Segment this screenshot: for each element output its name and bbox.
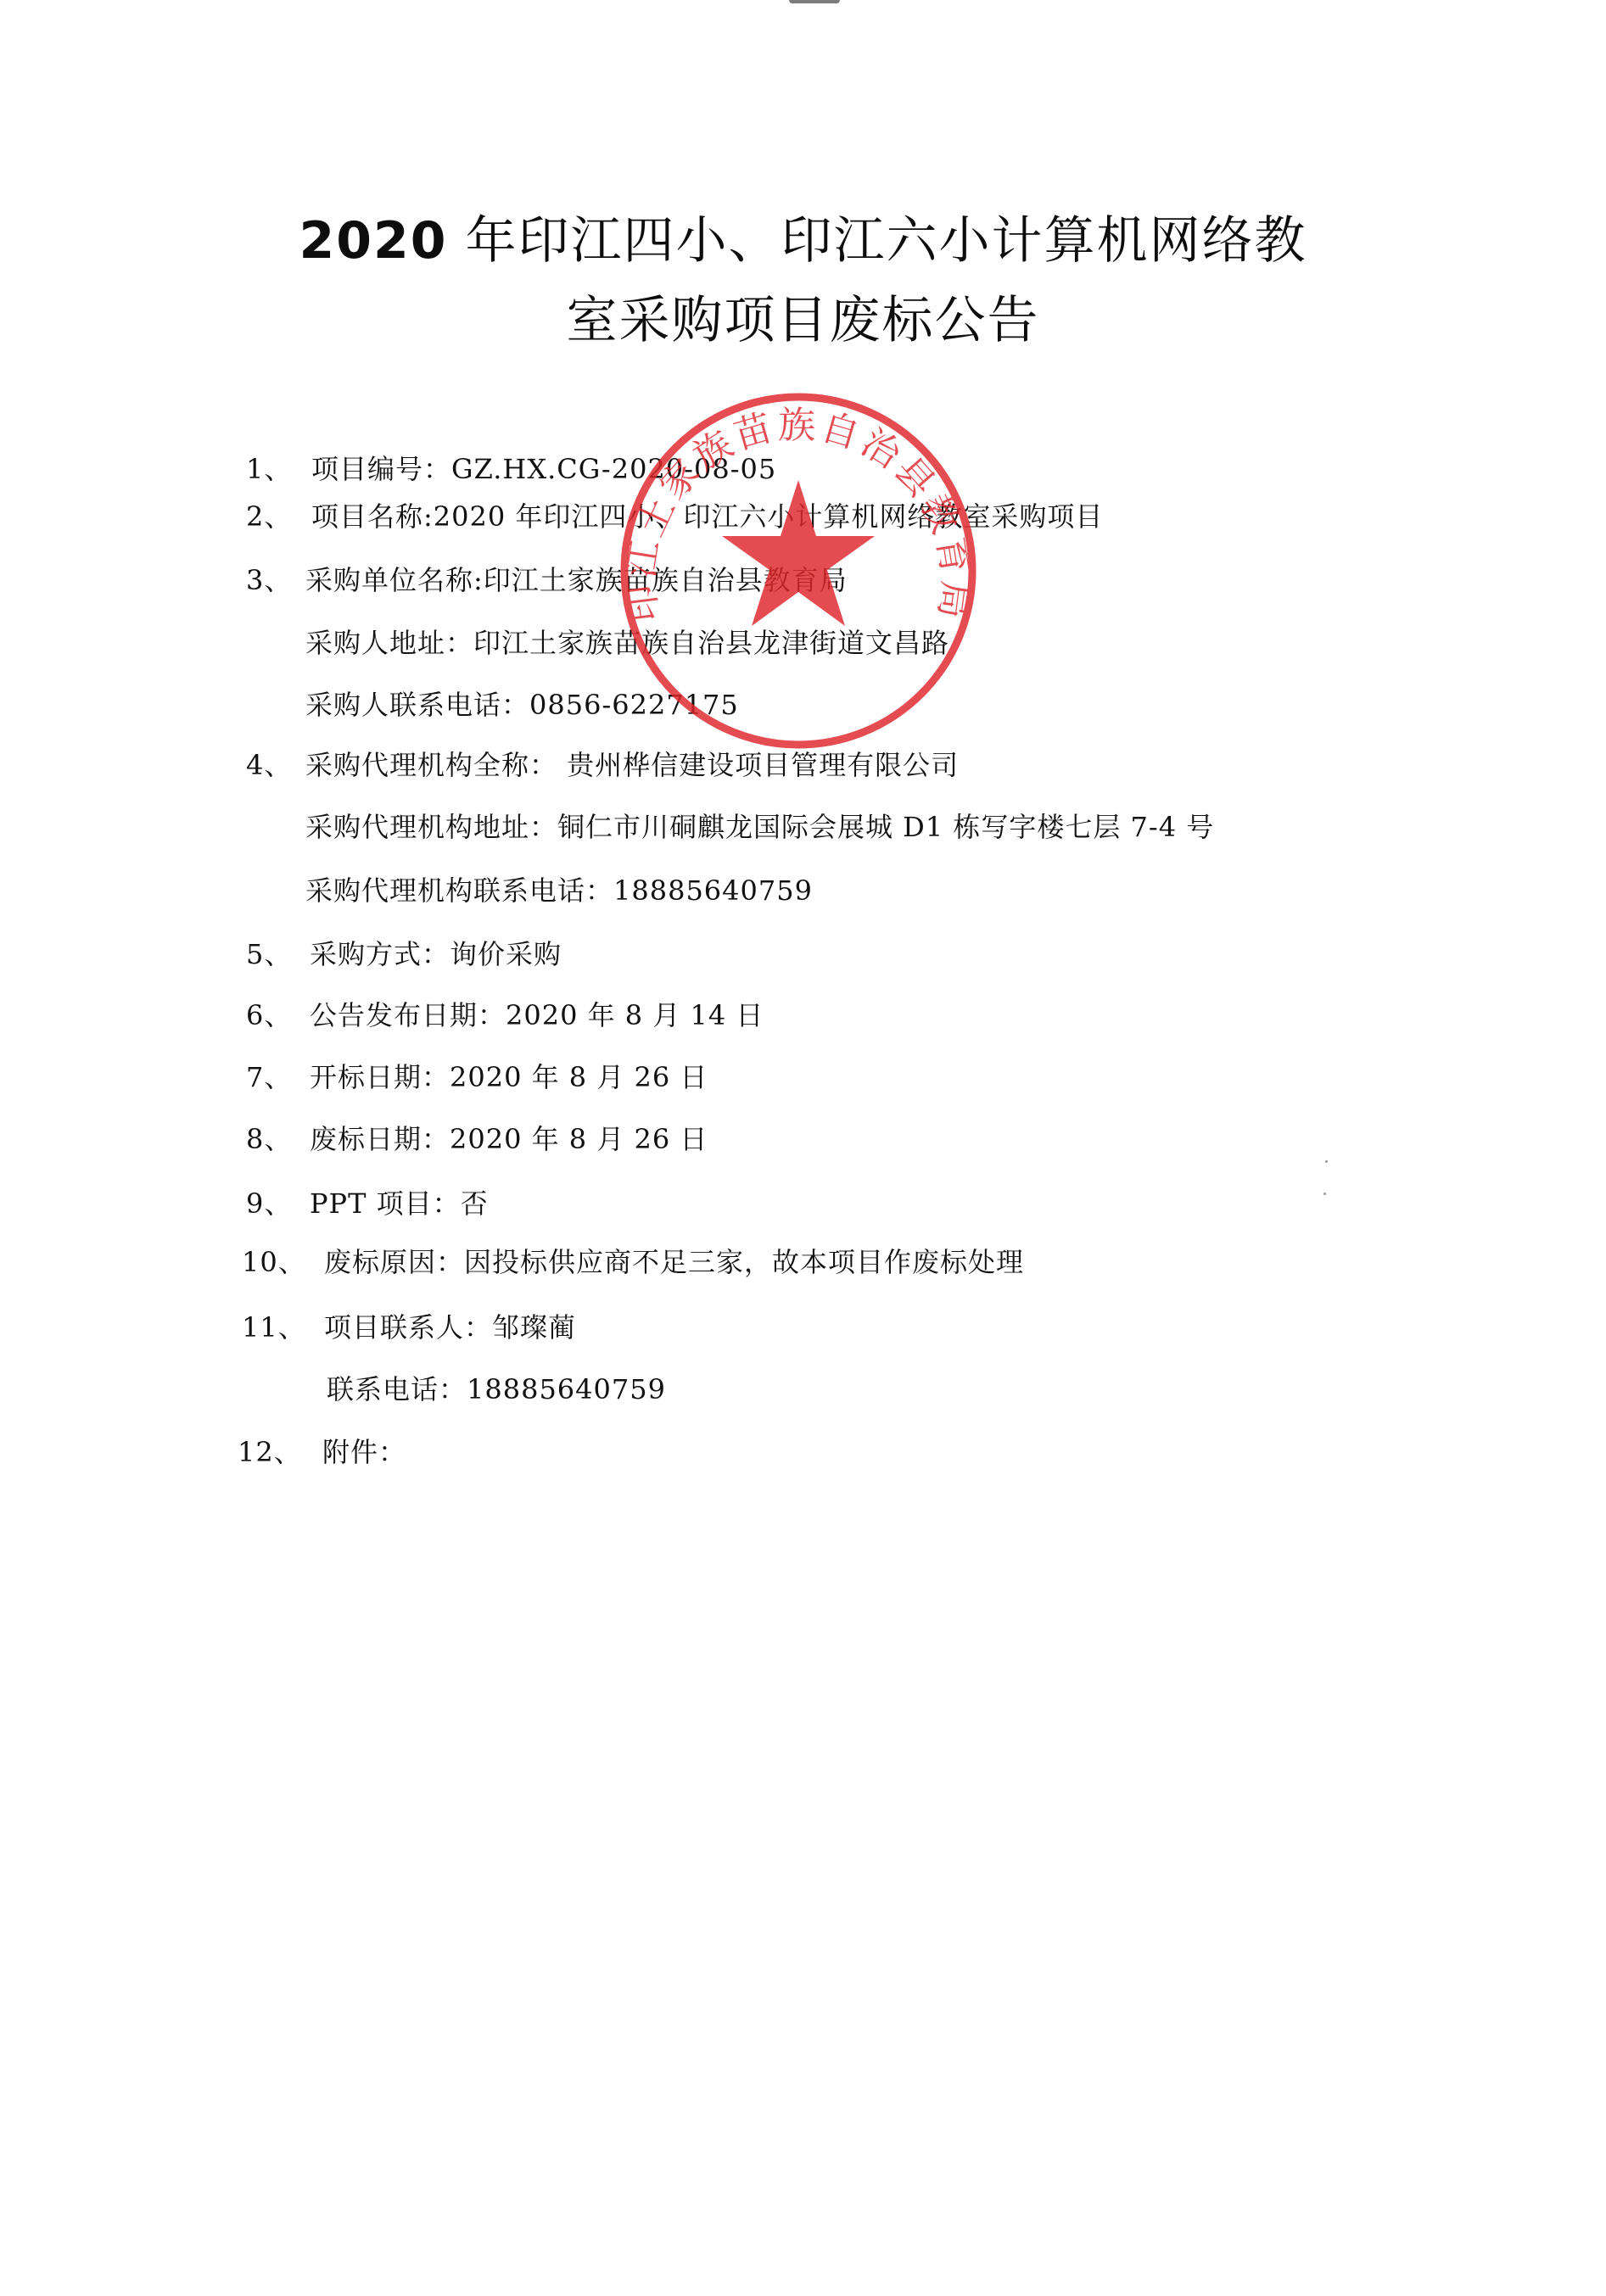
item-text: 项目联系人：邹璨蔺 <box>324 1311 576 1344</box>
item-publish-date: 6、公告发布日期：2020 年 8 月 14 日 <box>246 994 764 1033</box>
item-number: 7、 <box>246 1056 310 1095</box>
item-attachments: 12、附件： <box>238 1431 406 1470</box>
item-text: 附件： <box>322 1436 406 1468</box>
item-procurement-method: 5、采购方式：询价采购 <box>246 933 562 972</box>
item-number: 11、 <box>242 1306 324 1345</box>
item-agency-name: 4、采购代理机构全称： 贵州桦信建设项目管理有限公司 <box>246 744 959 783</box>
item-text: PPT 项目：否 <box>310 1187 489 1220</box>
item-text: 采购代理机构联系电话：18885640759 <box>305 874 813 907</box>
item-text: 采购代理机构地址：铜仁市川硐麒龙国际会展城 D1 栋写字楼七层 7-4 号 <box>305 811 1214 843</box>
item-number: 12、 <box>238 1431 322 1470</box>
item-purchaser-phone: 采购人联系电话：0856-6227175 <box>305 684 739 723</box>
title-text: 年印江四小、印江六小计算机网络教 <box>466 211 1307 271</box>
item-ppt-project: 9、PPT 项目：否 <box>246 1182 489 1221</box>
document-page: 2020 年印江四小、印江六小计算机网络教 室采购项目废标公告 1、项目编号：G… <box>0 0 1606 2296</box>
item-text: 公告发布日期：2020 年 8 月 14 日 <box>310 999 764 1031</box>
item-text: 联系电话：18885640759 <box>327 1373 666 1405</box>
item-text: 采购单位名称:印江土家族苗族自治县教育局 <box>305 564 848 596</box>
item-agency-address: 采购代理机构地址：铜仁市川硐麒龙国际会展城 D1 栋写字楼七层 7-4 号 <box>305 806 1214 845</box>
item-purchaser-name: 3、采购单位名称:印江土家族苗族自治县教育局 <box>246 559 848 598</box>
scan-speck <box>1323 1193 1326 1195</box>
item-cancel-reason: 10、废标原因：因投标供应商不足三家，故本项目作废标处理 <box>242 1241 1024 1280</box>
scan-speck <box>1325 1160 1328 1163</box>
item-text: 项目名称:2020 年印江四小、印江六小计算机网络教室采购项目 <box>311 500 1103 533</box>
item-number: 3、 <box>246 559 305 598</box>
item-number: 6、 <box>246 994 310 1033</box>
scan-mark <box>789 0 840 3</box>
item-text: 采购人联系电话：0856-6227175 <box>305 689 739 721</box>
document-title-line2: 室采购项目废标公告 <box>0 280 1606 353</box>
item-number: 1、 <box>246 448 311 487</box>
item-project-number: 1、项目编号：GZ.HX.CG-2020-08-05 <box>246 448 776 487</box>
item-number: 8、 <box>246 1118 310 1157</box>
item-number: 5、 <box>246 933 310 972</box>
item-opening-date: 7、开标日期：2020 年 8 月 26 日 <box>246 1056 708 1095</box>
item-number: 9、 <box>246 1182 310 1221</box>
item-project-name: 2、项目名称:2020 年印江四小、印江六小计算机网络教室采购项目 <box>246 495 1103 534</box>
item-text: 开标日期：2020 年 8 月 26 日 <box>310 1061 708 1093</box>
item-text: 废标原因：因投标供应商不足三家，故本项目作废标处理 <box>324 1246 1024 1278</box>
item-text: 采购方式：询价采购 <box>310 938 562 970</box>
item-contact-person: 11、项目联系人：邹璨蔺 <box>242 1306 576 1345</box>
item-text: 采购人地址：印江土家族苗族自治县龙津街道文昌路 <box>305 627 949 659</box>
document-title-line1: 2020 年印江四小、印江六小计算机网络教 <box>0 200 1606 273</box>
item-purchaser-address: 采购人地址：印江土家族苗族自治县龙津街道文昌路 <box>305 622 949 661</box>
item-number: 4、 <box>246 744 305 783</box>
item-agency-phone: 采购代理机构联系电话：18885640759 <box>305 869 813 908</box>
title-year: 2020 <box>299 211 447 271</box>
item-number: 10、 <box>242 1241 324 1280</box>
item-text: 废标日期：2020 年 8 月 26 日 <box>310 1123 708 1155</box>
item-contact-phone: 联系电话：18885640759 <box>327 1368 666 1407</box>
item-cancel-date: 8、废标日期：2020 年 8 月 26 日 <box>246 1118 708 1157</box>
item-text: 采购代理机构全称： 贵州桦信建设项目管理有限公司 <box>305 749 959 781</box>
item-text: 项目编号：GZ.HX.CG-2020-08-05 <box>311 453 776 485</box>
item-number: 2、 <box>246 495 311 534</box>
